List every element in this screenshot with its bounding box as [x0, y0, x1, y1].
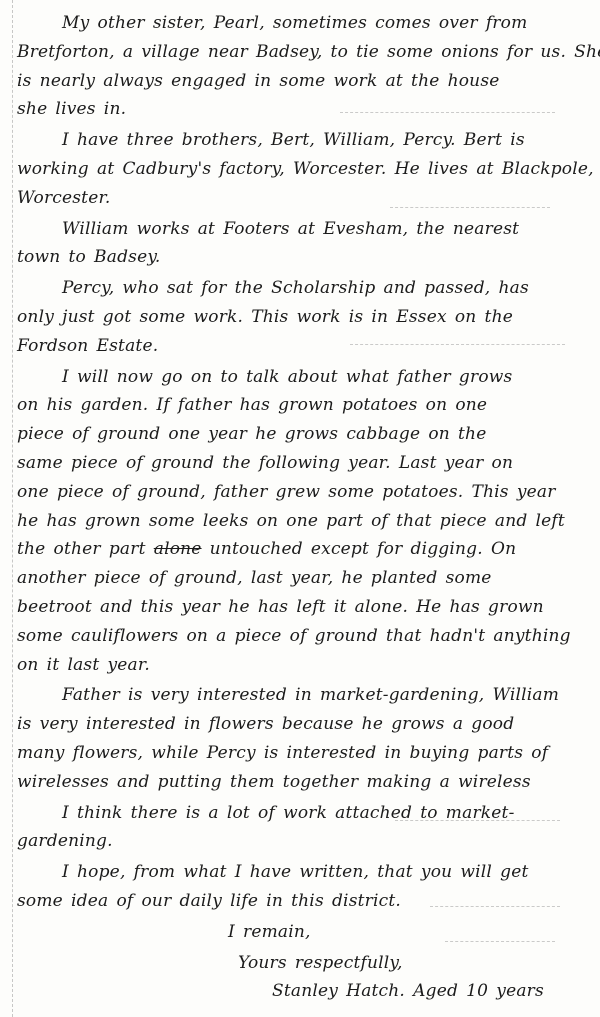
letter-line: only just got some work. This work is in… — [0, 303, 598, 332]
letter-line: wirelesses and putting them together mak… — [0, 768, 598, 797]
letter-line: gardening. — [0, 827, 598, 856]
letter-line: I have three brothers, Bert, William, Pe… — [0, 126, 598, 155]
letter-line: same piece of ground the following year.… — [0, 449, 598, 478]
letter-page: My other sister, Pearl, sometimes comes … — [0, 0, 600, 1017]
letter-text: another piece of ground, last year, he p… — [17, 568, 492, 588]
letter-text: Worcester. — [17, 188, 111, 208]
letter-text: one piece of ground, father grew some po… — [17, 482, 556, 502]
letter-text: untouched except for digging. On — [202, 539, 517, 559]
letter-text: My other sister, Pearl, sometimes comes … — [62, 13, 527, 33]
letter-text: many flowers, while Percy is interested … — [17, 743, 548, 763]
letter-text: only just got some work. This work is in… — [17, 307, 513, 327]
letter-line: one piece of ground, father grew some po… — [0, 478, 598, 507]
letter-text: is nearly always engaged in some work at… — [17, 71, 500, 91]
letter-line: the other part alone untouched except fo… — [0, 535, 598, 564]
letter-line: Fordson Estate. — [0, 332, 598, 361]
letter-text: I have three brothers, Bert, William, Pe… — [62, 130, 525, 150]
struck-word: alone — [154, 539, 202, 559]
letter-text: on his garden. If father has grown potat… — [17, 395, 487, 415]
letter-text: gardening. — [17, 831, 113, 851]
letter-text: Yours respectfully, — [238, 953, 403, 973]
letter-text: some cauliflowers on a piece of ground t… — [17, 626, 571, 646]
letter-text: same piece of ground the following year.… — [17, 453, 513, 473]
letter-line: I will now go on to talk about what fath… — [0, 363, 598, 392]
letter-text: I remain, — [228, 922, 311, 942]
letter-text: Stanley Hatch. Aged 10 years — [272, 981, 544, 1001]
letter-text: Bretforton, a village near Badsey, to ti… — [17, 42, 600, 62]
letter-text: working at Cadbury's factory, Worcester.… — [17, 159, 594, 179]
letter-text: on it last year. — [17, 655, 150, 675]
letter-line: Percy, who sat for the Scholarship and p… — [0, 274, 598, 303]
letter-text: some idea of our daily life in this dist… — [17, 891, 401, 911]
letter-line: Father is very interested in market-gard… — [0, 681, 598, 710]
letter-text: I hope, from what I have written, that y… — [62, 862, 529, 882]
letter-text: William works at Footers at Evesham, the… — [62, 219, 519, 239]
letter-text: town to Badsey. — [17, 247, 161, 267]
letter-body: My other sister, Pearl, sometimes comes … — [0, 7, 598, 1006]
letter-line: I think there is a lot of work attached … — [0, 799, 598, 828]
letter-line: is very interested in flowers because he… — [0, 710, 598, 739]
letter-line: town to Badsey. — [0, 243, 598, 272]
letter-line: beetroot and this year he has left it al… — [0, 593, 598, 622]
letter-text: wirelesses and putting them together mak… — [17, 772, 531, 792]
letter-line: I remain, — [0, 918, 598, 947]
letter-line: is nearly always engaged in some work at… — [0, 67, 598, 96]
letter-text: she lives in. — [17, 99, 126, 119]
letter-text: Fordson Estate. — [17, 336, 158, 356]
letter-text: Father is very interested in market-gard… — [62, 685, 559, 705]
letter-line: Worcester. — [0, 184, 598, 213]
letter-line: William works at Footers at Evesham, the… — [0, 215, 598, 244]
letter-line: some idea of our daily life in this dist… — [0, 887, 598, 916]
letter-line: I hope, from what I have written, that y… — [0, 858, 598, 887]
letter-line: she lives in. — [0, 95, 598, 124]
letter-text: piece of ground one year he grows cabbag… — [17, 424, 486, 444]
letter-line: Bretforton, a village near Badsey, to ti… — [0, 38, 598, 67]
letter-line: piece of ground one year he grows cabbag… — [0, 420, 598, 449]
letter-text: beetroot and this year he has left it al… — [17, 597, 544, 617]
letter-text: is very interested in flowers because he… — [17, 714, 514, 734]
letter-line: working at Cadbury's factory, Worcester.… — [0, 155, 598, 184]
letter-text: he has grown some leeks on one part of t… — [17, 511, 565, 531]
letter-line: on his garden. If father has grown potat… — [0, 391, 598, 420]
letter-line: some cauliflowers on a piece of ground t… — [0, 622, 598, 651]
letter-line: he has grown some leeks on one part of t… — [0, 507, 598, 536]
letter-text: I think there is a lot of work attached … — [62, 803, 515, 823]
letter-line: on it last year. — [0, 651, 598, 680]
letter-line: many flowers, while Percy is interested … — [0, 739, 598, 768]
letter-line: Yours respectfully, — [0, 949, 598, 978]
letter-text: Percy, who sat for the Scholarship and p… — [62, 278, 529, 298]
letter-text: the other part — [17, 539, 154, 559]
letter-text: I will now go on to talk about what fath… — [62, 367, 512, 387]
letter-line: Stanley Hatch. Aged 10 years — [0, 977, 598, 1006]
letter-line: My other sister, Pearl, sometimes comes … — [0, 9, 598, 38]
letter-line: another piece of ground, last year, he p… — [0, 564, 598, 593]
